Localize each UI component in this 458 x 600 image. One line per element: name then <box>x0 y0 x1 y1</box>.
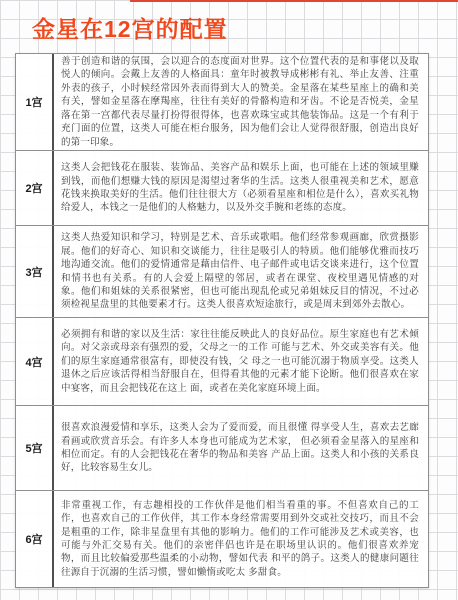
page-title: 金星在12宫的配置 <box>32 11 228 44</box>
table-row: 3宫 这类人热爱知识和学习，特别是艺术、音乐或歌唱。他们经常参观画廊，欣赏摄影展… <box>16 226 428 318</box>
house-label-cell: 2宫 <box>16 151 54 225</box>
table-row: 2宫 这类人会把钱花在服装、装饰品、美容产品和娱乐上面，也可能在上述的领域里赚到… <box>16 151 428 226</box>
table-row: 4宫 必须拥有和谐的家以及生活：家往往能反映此人的良好品位。原生家庭也有艺术倾向… <box>16 318 428 406</box>
house-description: 善于创造和谐的氛围，会以迎合的态度面对世界。这个位置代表的是和事佬以及取悦人的倾… <box>61 55 419 149</box>
house-description-cell: 善于创造和谐的氛围，会以迎合的态度面对世界。这个位置代表的是和事佬以及取悦人的倾… <box>54 54 428 150</box>
house-label-cell: 3宫 <box>16 226 54 317</box>
house-label: 1宫 <box>25 94 42 110</box>
table-row: 5宫 很喜欢浪漫爱情和享乐，这类人会为了爱而爱，而且很懂 得享受人生，喜欢去艺廊… <box>16 406 428 491</box>
house-label-cell: 4宫 <box>16 318 54 405</box>
house-label: 5宫 <box>25 440 42 456</box>
house-description: 这类人会把钱花在服装、装饰品、美容产品和娱乐上面，也可能在上述的领域里赚到钱，而… <box>61 161 419 215</box>
house-label: 3宫 <box>25 264 42 280</box>
top-accent-bar <box>130 0 458 2</box>
house-label: 2宫 <box>25 180 42 196</box>
house-description: 很喜欢浪漫爱情和享乐，这类人会为了爱而爱，而且很懂 得享受人生，喜欢去艺廊看画或… <box>61 421 419 475</box>
house-description-cell: 很喜欢浪漫爱情和享乐，这类人会为了爱而爱，而且很懂 得享受人生，喜欢去艺廊看画或… <box>54 406 428 490</box>
house-description-cell: 这类人会把钱花在服装、装饰品、美容产品和娱乐上面，也可能在上述的领域里赚到钱，而… <box>54 151 428 225</box>
houses-table: 1宫 善于创造和谐的氛围，会以迎合的态度面对世界。这个位置代表的是和事佬以及取悦… <box>15 53 429 588</box>
house-description: 必须拥有和谐的家以及生活：家往往能反映此人的良好品位。原生家庭也有艺术倾向。对父… <box>61 328 419 395</box>
house-label-cell: 1宫 <box>16 54 54 150</box>
house-label-cell: 6宫 <box>16 491 54 587</box>
page: { "page": { "title": "金星在12宫的配置" }, "col… <box>0 0 458 600</box>
house-label: 4宫 <box>25 354 42 370</box>
table-row: 6宫 非常重视工作，有志趣相投的工作伙伴是他们相当看重的事。不但喜欢自己的工作，… <box>16 491 428 587</box>
house-description-cell: 这类人热爱知识和学习，特别是艺术、音乐或歌唱。他们经常参观画廊，欣赏摄影展。他们… <box>54 226 428 317</box>
house-label-cell: 5宫 <box>16 406 54 490</box>
house-description-cell: 必须拥有和谐的家以及生活：家往往能反映此人的良好品位。原生家庭也有艺术倾向。对父… <box>54 318 428 405</box>
house-description: 这类人热爱知识和学习，特别是艺术、音乐或歌唱。他们经常参观画廊，欣赏摄影展。他们… <box>61 231 419 311</box>
house-label: 6宫 <box>25 531 42 547</box>
house-description: 非常重视工作，有志趣相投的工作伙伴是他们相当看重的事。不但喜欢自己的工作，也喜欢… <box>61 499 419 579</box>
table-row: 1宫 善于创造和谐的氛围，会以迎合的态度面对世界。这个位置代表的是和事佬以及取悦… <box>16 54 428 151</box>
house-description-cell: 非常重视工作，有志趣相投的工作伙伴是他们相当看重的事。不但喜欢自己的工作，也喜欢… <box>54 491 428 587</box>
